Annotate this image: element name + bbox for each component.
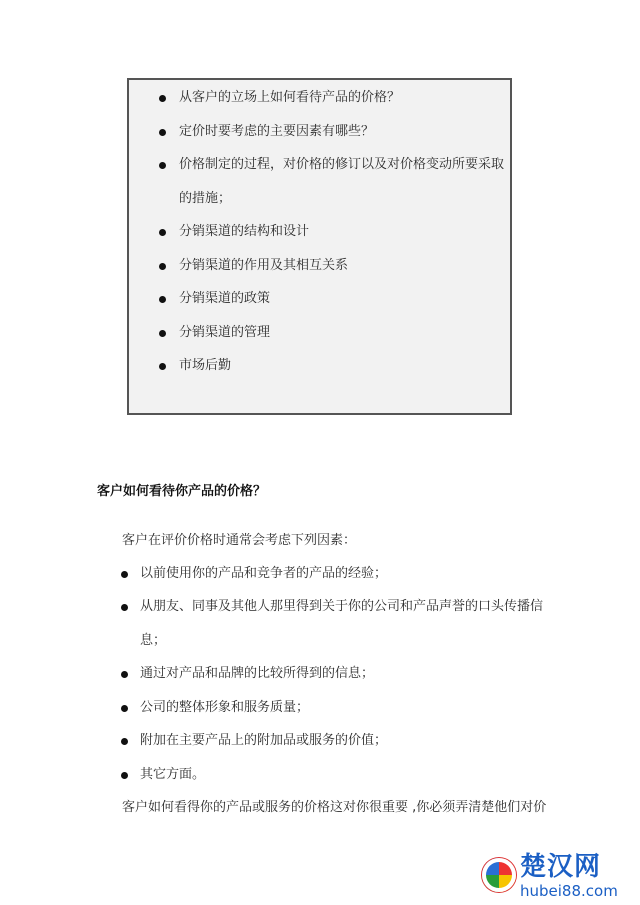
outline-item: 分销渠道的政策 xyxy=(179,291,270,307)
outline-item: 分销渠道的结构和设计 xyxy=(179,224,309,240)
factor-item: 公司的整体形象和服务质量； xyxy=(140,700,309,716)
bullet-icon xyxy=(121,671,128,678)
bullet-icon xyxy=(159,363,166,370)
factor-item: 以前使用你的产品和竞争者的产品的经验； xyxy=(140,566,387,582)
factor-item-continuation: 息； xyxy=(140,633,166,649)
bullet-icon xyxy=(159,162,166,169)
bullet-icon xyxy=(121,772,128,779)
bullet-icon xyxy=(159,330,166,337)
bullet-icon xyxy=(121,738,128,745)
bullet-icon xyxy=(159,296,166,303)
watermark-logo: 楚汉网 hubei88.com xyxy=(482,852,638,902)
globe-logo-icon xyxy=(482,858,516,892)
outline-item-continuation: 的措施； xyxy=(179,191,231,207)
section-intro: 客户在评价价格时通常会考虑下列因素： xyxy=(122,533,356,549)
factor-item: 附加在主要产品上的附加品或服务的价值； xyxy=(140,733,387,749)
factor-item: 从朋友、同事及其他人那里得到关于你的公司和产品声誉的口头传播信 xyxy=(140,599,543,615)
bullet-icon xyxy=(121,705,128,712)
outline-box: 从客户的立场上如何看待产品的价格？ 定价时要考虑的主要因素有哪些？ 价格制定的过… xyxy=(127,78,512,415)
section-heading: 客户如何看待你产品的价格？ xyxy=(97,480,266,499)
watermark-name: 楚汉网 xyxy=(520,852,601,882)
bullet-icon xyxy=(159,263,166,270)
outline-item: 分销渠道的管理 xyxy=(179,325,270,341)
outline-item: 价格制定的过程，对价格的修订以及对价格变动所要采取 xyxy=(179,157,504,173)
bullet-icon xyxy=(159,229,166,236)
outline-item: 定价时要考虑的主要因素有哪些？ xyxy=(179,124,374,140)
outline-item: 分销渠道的作用及其相互关系 xyxy=(179,258,348,274)
bullet-icon xyxy=(121,571,128,578)
factor-item: 其它方面。 xyxy=(140,767,205,783)
bullet-icon xyxy=(159,129,166,136)
factor-item: 通过对产品和品牌的比较所得到的信息； xyxy=(140,666,374,682)
bullet-icon xyxy=(159,95,166,102)
bullet-icon xyxy=(121,604,128,611)
watermark-domain: hubei88.com xyxy=(520,882,618,900)
closing-paragraph: 客户如何看得你的产品或服务的价格这对你很重要 ,你必须弄清楚他们对价 xyxy=(122,800,546,816)
outline-item: 市场后勤 xyxy=(179,358,231,374)
outline-item: 从客户的立场上如何看待产品的价格？ xyxy=(179,90,400,106)
